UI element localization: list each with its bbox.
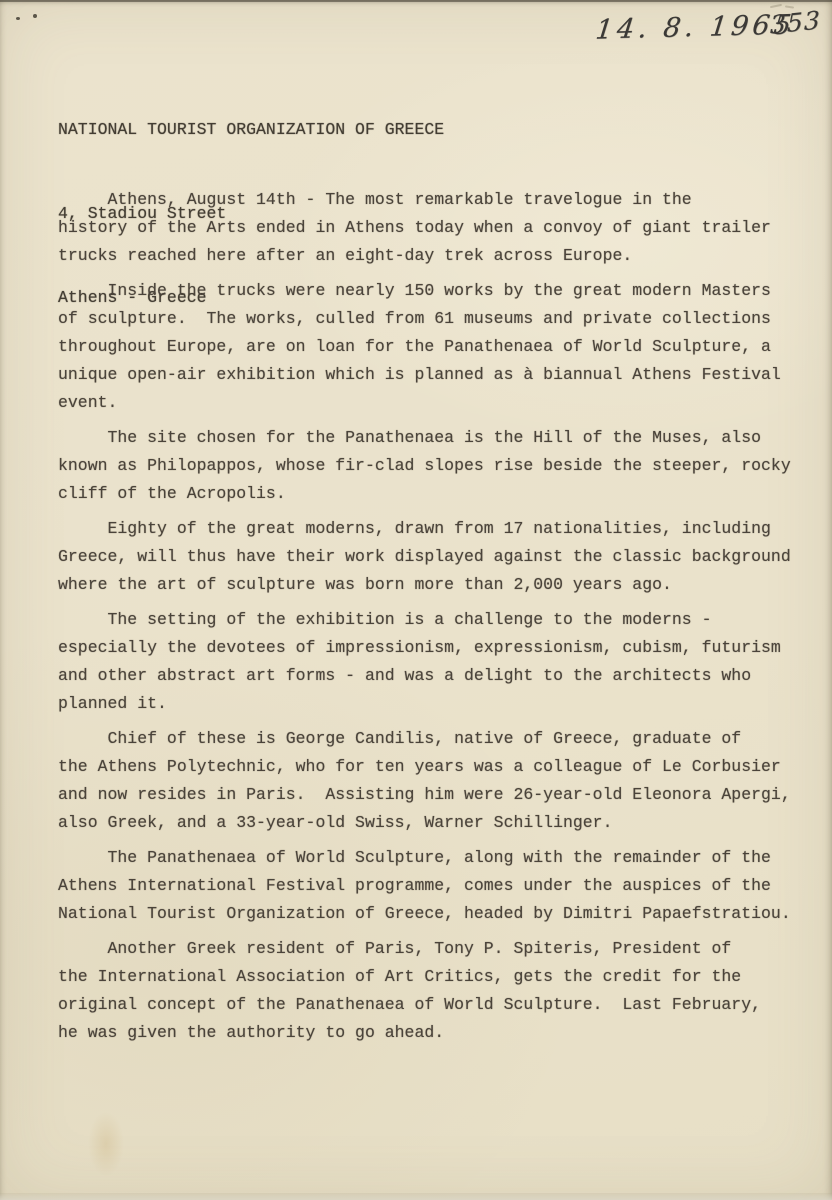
press-release-body: Athens, August 14th - The most remarkabl…: [58, 186, 818, 1054]
handwritten-date: 14. 8. 1965: [594, 9, 797, 45]
paragraph-spiteris: Another Greek resident of Paris, Tony P.…: [58, 935, 818, 1047]
paragraph-setting-challenge: The setting of the exhibition is a chall…: [58, 606, 818, 718]
paragraph-eighty-moderns: Eighty of the great moderns, drawn from …: [58, 515, 818, 599]
paper-speck: [33, 14, 37, 18]
paper-stain: [88, 1112, 124, 1176]
paragraph-auspices: The Panathenaea of World Sculpture, alon…: [58, 844, 818, 928]
letterhead-organization: NATIONAL TOURIST ORGANIZATION OF GREECE: [58, 116, 444, 144]
faint-pencil-mark: [768, 3, 798, 13]
paragraph-candilis: Chief of these is George Candilis, nativ…: [58, 725, 818, 837]
paper-speck: [16, 17, 20, 20]
paragraph-site-chosen: The site chosen for the Panathenaea is t…: [58, 424, 818, 508]
scanned-press-release-page: 14. 8. 1965 353 NATIONAL TOURIST ORGANIZ…: [0, 0, 832, 1200]
paragraph-trucks-contents: Inside the trucks were nearly 150 works …: [58, 277, 818, 417]
paragraph-dateline-lede: Athens, August 14th - The most remarkabl…: [58, 186, 818, 270]
